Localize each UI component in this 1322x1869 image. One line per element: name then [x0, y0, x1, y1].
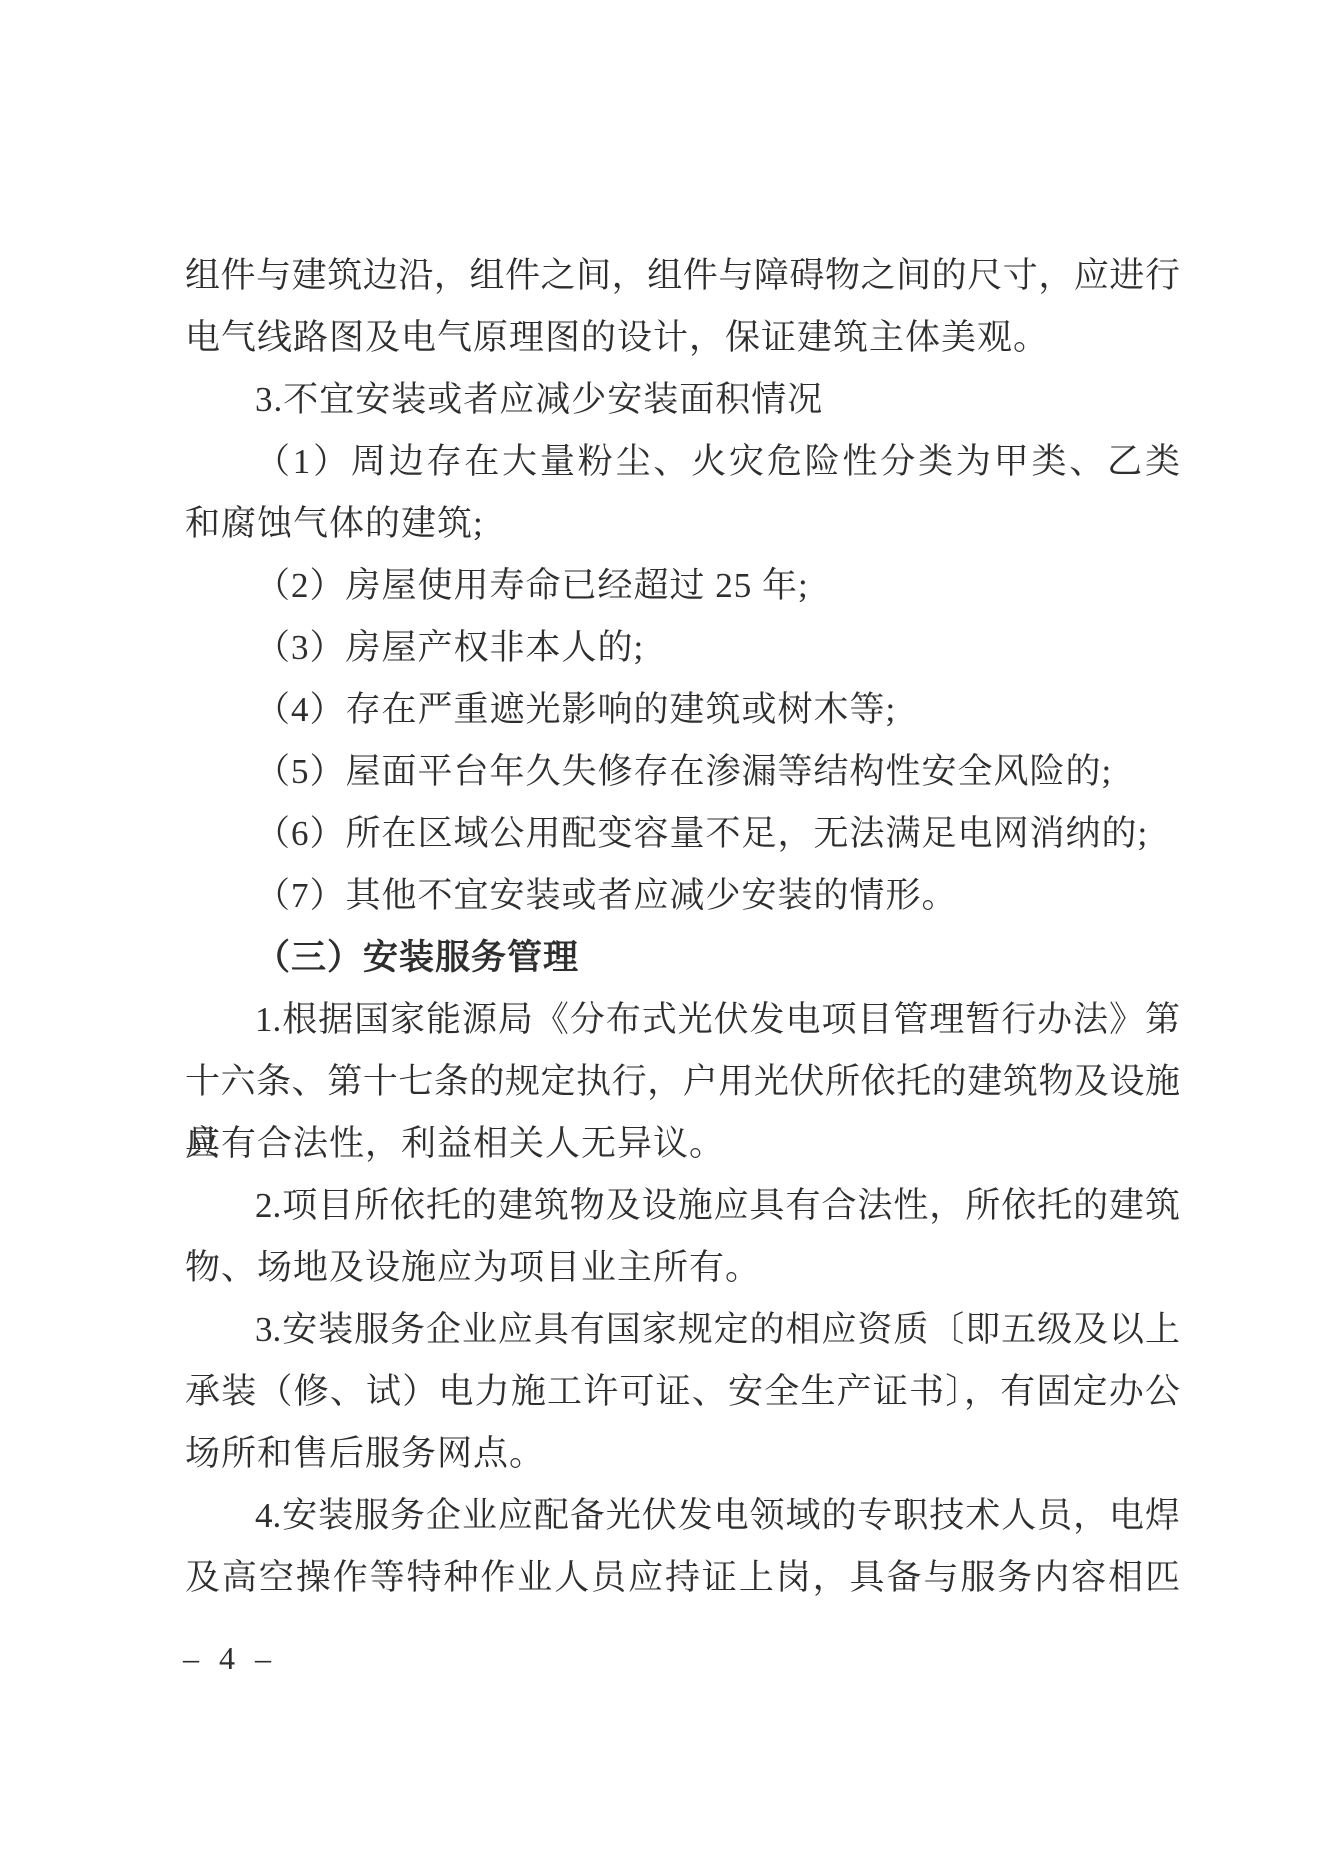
document-page: 组件与建筑边沿，组件之间，组件与障碍物之间的尺寸，应进行 电气线路图及电气原理图…	[0, 0, 1322, 1869]
text-line: 承装（修、试）电力施工许可证、安全生产证书〕，有固定办公	[185, 1361, 1180, 1423]
text-line: 4.安装服务企业应配备光伏发电领域的专职技术人员，电焊	[185, 1485, 1180, 1547]
text-line: （3）房屋产权非本人的;	[185, 617, 1180, 679]
text-line: 十六条、第十七条的规定执行，户用光伏所依托的建筑物及设施应	[185, 1051, 1180, 1113]
text-line: 组件与建筑边沿，组件之间，组件与障碍物之间的尺寸，应进行	[185, 245, 1180, 307]
text-line: （1）周边存在大量粉尘、火灾危险性分类为甲类、乙类	[185, 431, 1180, 493]
text-line: （6）所在区域公用配变容量不足，无法满足电网消纳的;	[185, 803, 1180, 865]
text-line: 1.根据国家能源局《分布式光伏发电项目管理暂行办法》第	[185, 989, 1180, 1051]
text-line: 具有合法性，利益相关人无异议。	[185, 1113, 1180, 1175]
text-line: 及高空操作等特种作业人员应持证上岗，具备与服务内容相匹	[185, 1547, 1180, 1609]
section-heading: （三）安装服务管理	[185, 927, 1180, 989]
text-line: （2）房屋使用寿命已经超过 25 年;	[185, 555, 1180, 617]
text-line: 3.不宜安装或者应减少安装面积情况	[185, 369, 1180, 431]
text-line: 电气线路图及电气原理图的设计，保证建筑主体美观。	[185, 307, 1180, 369]
text-line: 物、场地及设施应为项目业主所有。	[185, 1237, 1180, 1299]
text-line: 2.项目所依托的建筑物及设施应具有合法性，所依托的建筑	[185, 1175, 1180, 1237]
text-line: 3.安装服务企业应具有国家规定的相应资质〔即五级及以上	[185, 1299, 1180, 1361]
text-line: （5）屋面平台年久失修存在渗漏等结构性安全风险的;	[185, 741, 1180, 803]
text-line: （4）存在严重遮光影响的建筑或树木等;	[185, 679, 1180, 741]
page-number: – 4 –	[183, 1638, 273, 1678]
text-line: （7）其他不宜安装或者应减少安装的情形。	[185, 865, 1180, 927]
text-line: 场所和售后服务网点。	[185, 1423, 1180, 1485]
document-body: 组件与建筑边沿，组件之间，组件与障碍物之间的尺寸，应进行 电气线路图及电气原理图…	[185, 245, 1180, 1609]
text-line: 和腐蚀气体的建筑;	[185, 493, 1180, 555]
